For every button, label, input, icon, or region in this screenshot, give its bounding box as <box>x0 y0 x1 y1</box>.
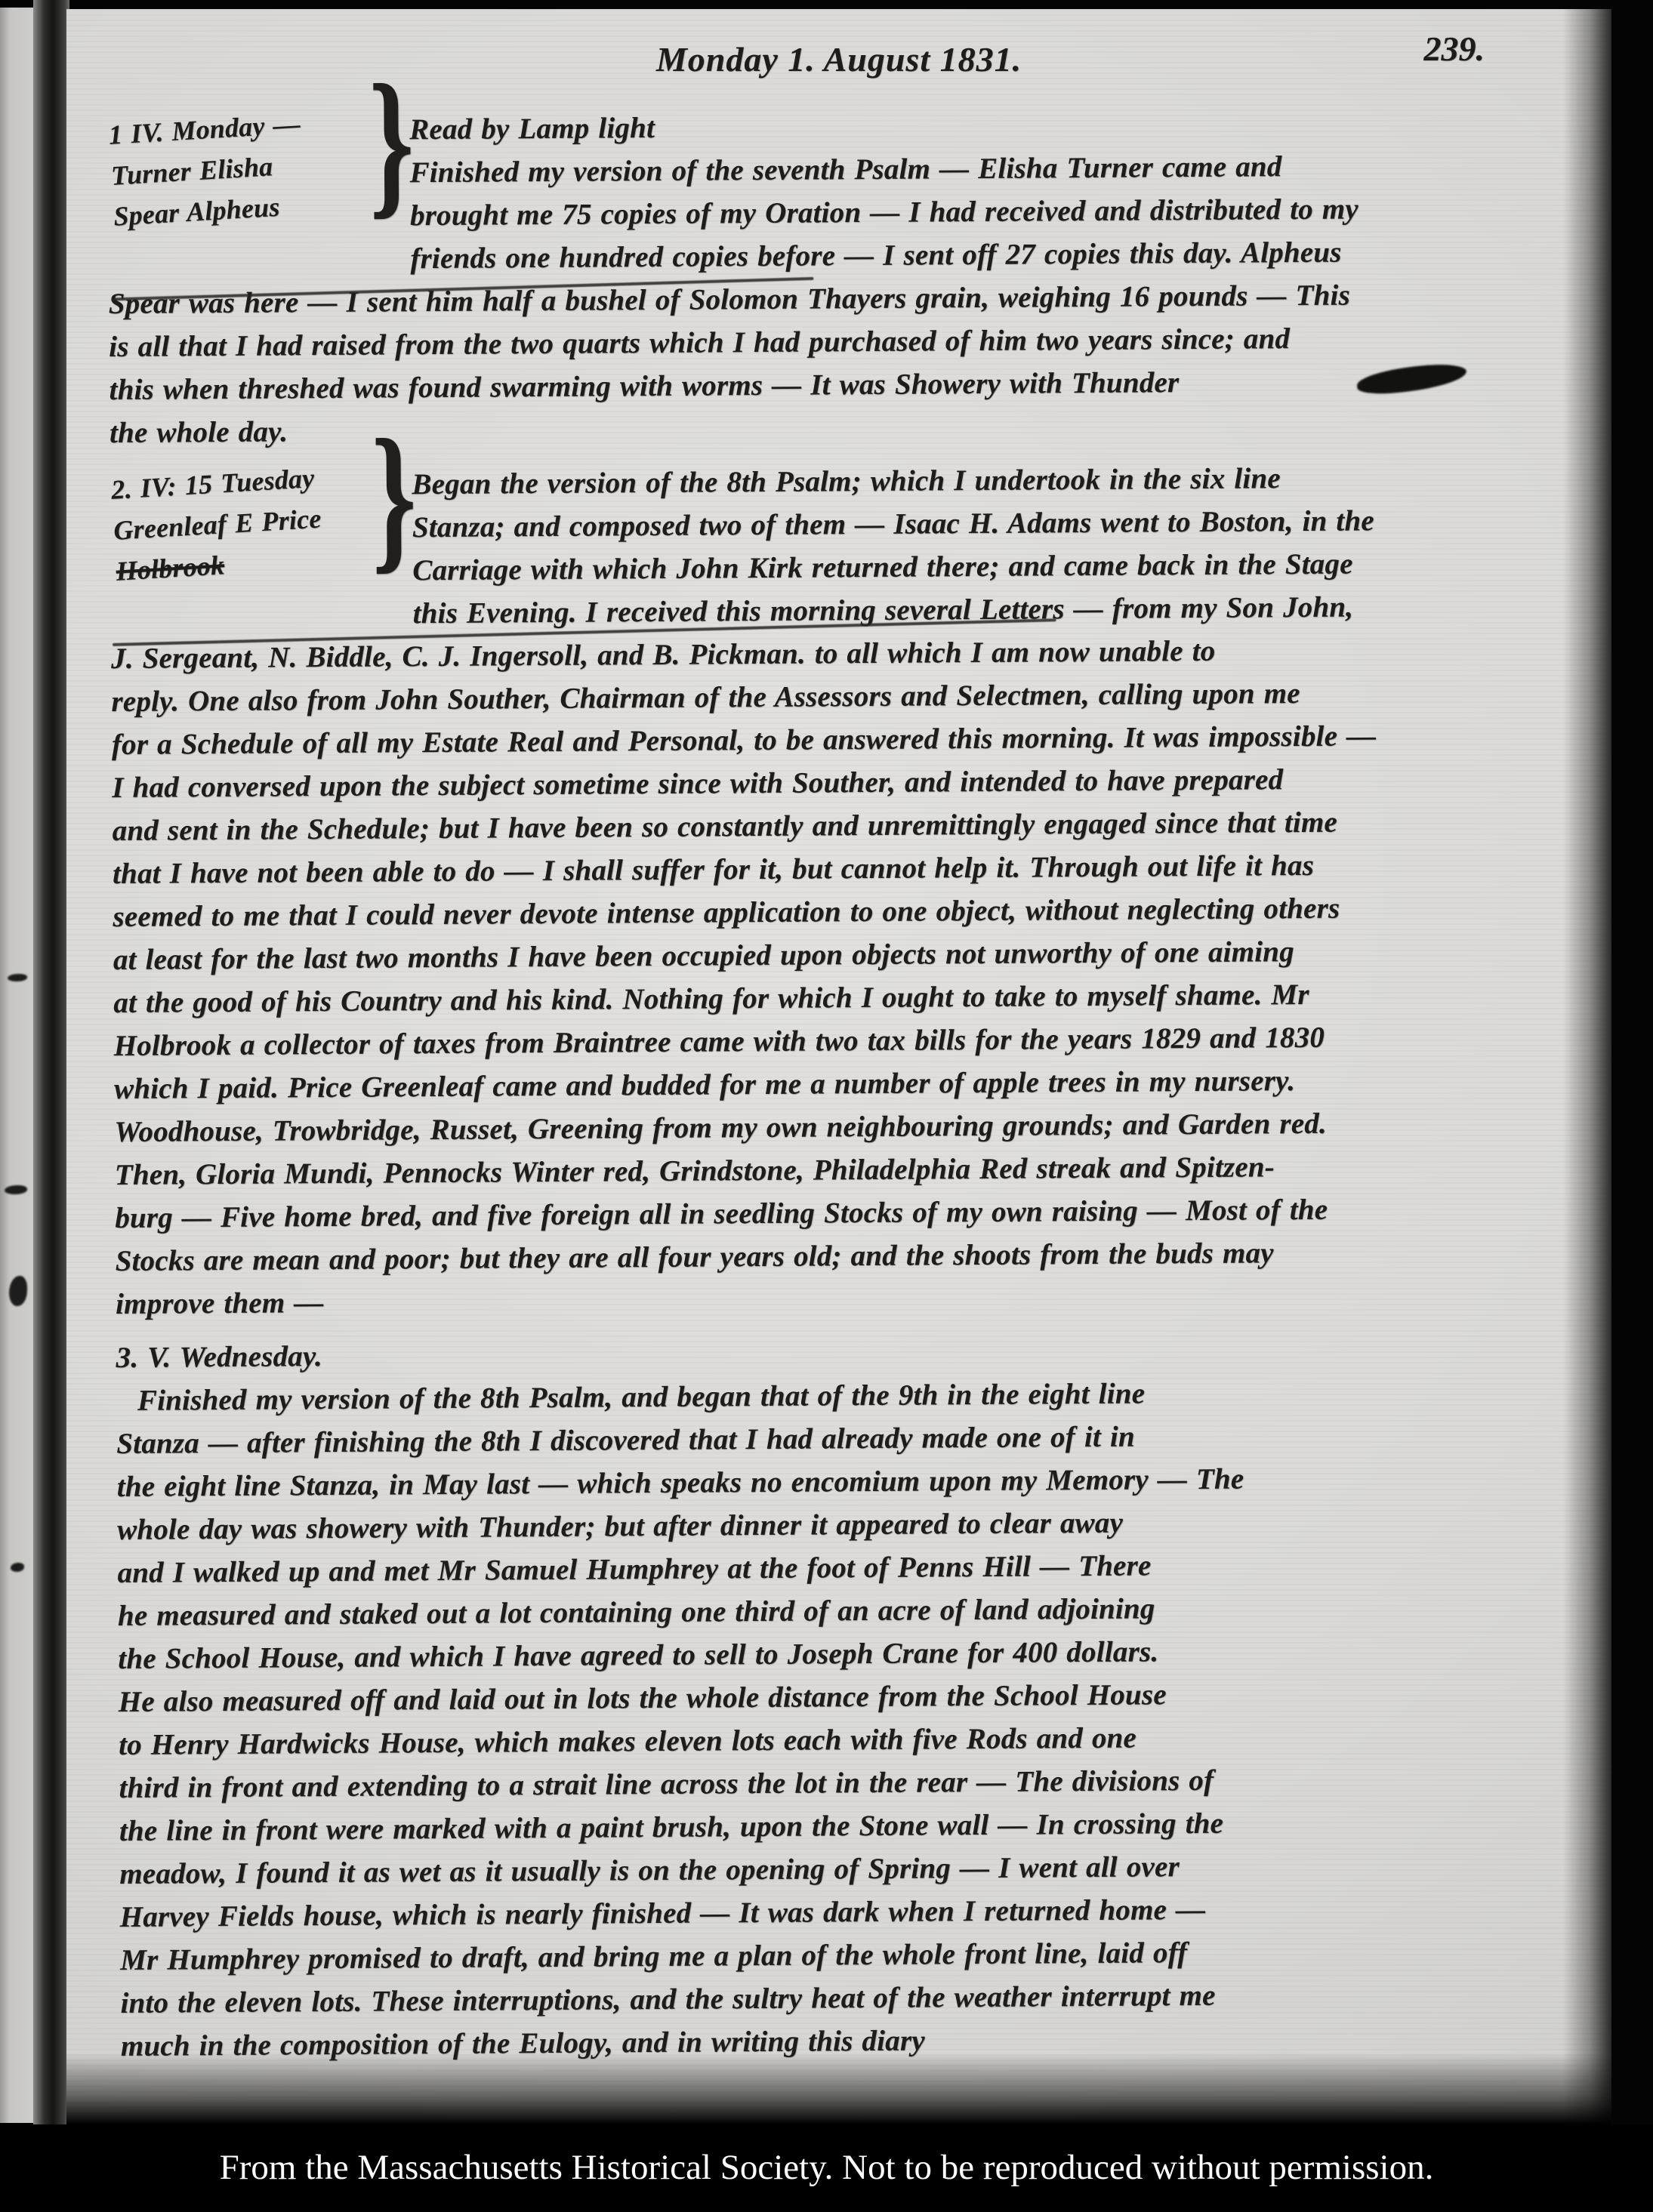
manuscript-page: 239. Monday 1. August 1831. 1 IV. Monday… <box>66 9 1611 2124</box>
entry-full-lines: Spear was here — I sent him half a bushe… <box>109 272 1624 454</box>
diary-scan-photo: { "page": { "number": "239.", "header": … <box>0 0 1653 2212</box>
margin-brace: } <box>372 467 417 527</box>
diary-entry-wednesday: 3. V. Wednesday. Finished my version of … <box>116 1326 1634 2068</box>
binding-gutter <box>33 0 69 2130</box>
entry-full-lines: Finished my version of the 8th Psalm, an… <box>116 1369 1634 2068</box>
diary-entry-monday: 1 IV. Monday — Turner Elisha Spear Alphe… <box>107 100 1623 454</box>
facing-page-ink-mark <box>8 974 27 981</box>
entry-full-lines: J. Sergeant, N. Biddle, C. J. Ingersoll,… <box>111 627 1629 1326</box>
margin-brace: } <box>369 112 415 172</box>
credit-text: From the Massachusetts Historical Societ… <box>0 2147 1653 2188</box>
margin-note-monday: 1 IV. Monday — Turner Elisha Spear Alphe… <box>107 108 411 280</box>
facing-page-ink-mark <box>9 1276 27 1306</box>
facing-page-ink-mark <box>5 1185 27 1194</box>
diary-entry-tuesday: 2. IV: 15 Tuesday Greenleaf E Price Holb… <box>109 454 1629 1326</box>
diary-entries: 1 IV. Monday — Turner Elisha Spear Alphe… <box>107 100 1634 2068</box>
page-date-header: Monday 1. August 1831. <box>66 39 1611 79</box>
credit-band: From the Massachusetts Historical Societ… <box>0 2124 1653 2212</box>
facing-page-ink-mark <box>11 1563 24 1572</box>
margin-note-tuesday: 2. IV: 15 Tuesday Greenleaf E Price Holb… <box>109 463 413 635</box>
